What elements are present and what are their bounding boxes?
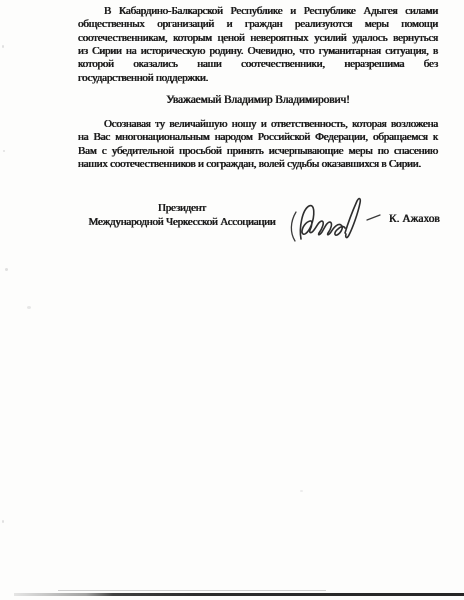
scan-speck (300, 490, 303, 492)
signer-name: К. Ажахов (389, 213, 440, 225)
paragraph-1: В Кабардино-Балкарской Республике и Респ… (78, 5, 438, 85)
paragraph-2-line: Осознавая ту величайшую ношу и ответстве… (78, 118, 438, 131)
scan-speck (2, 520, 4, 523)
paragraph-2-line: Вам с убедительной просьбой принять исче… (78, 145, 438, 158)
handwritten-signature (286, 195, 386, 249)
paragraph-1-line: государственной поддержки. (78, 72, 438, 85)
paragraph-2-line: на Вас многонациональным народом Российс… (78, 131, 438, 144)
paragraph-2-line: наших соотечественников и сограждан, вол… (78, 158, 438, 171)
paragraph-2: Осознавая ту величайшую ношу и ответстве… (78, 118, 438, 171)
signer-title-line-1: Президент (78, 202, 286, 216)
signer-title-line-2: Международной Черкесской Ассоциации (78, 216, 286, 230)
paragraph-1-line: соотечественникам, которым ценой невероя… (78, 32, 438, 45)
paragraph-1-line: из Сирии на историческую родину. Очевидн… (78, 45, 438, 58)
scanned-letter-page: В Кабардино-Балкарской Республике и Респ… (0, 0, 464, 600)
paragraph-1-line: общественных организаций и граждан реали… (78, 18, 438, 31)
scan-speck (2, 45, 4, 48)
salutation: Уважаемый Владимир Владимирович! (78, 94, 438, 106)
signer-title: Президент Международной Черкесской Ассоц… (78, 202, 286, 229)
scan-speck (3, 150, 5, 152)
scan-speck (27, 306, 31, 309)
paragraph-1-line: которой оказались наши соотечественники,… (78, 58, 438, 71)
scan-speck (5, 268, 8, 271)
page-edge-faint-line (58, 590, 326, 591)
paragraph-1-line: В Кабардино-Балкарской Республике и Респ… (78, 5, 438, 18)
page-edge-shadow (14, 593, 464, 596)
